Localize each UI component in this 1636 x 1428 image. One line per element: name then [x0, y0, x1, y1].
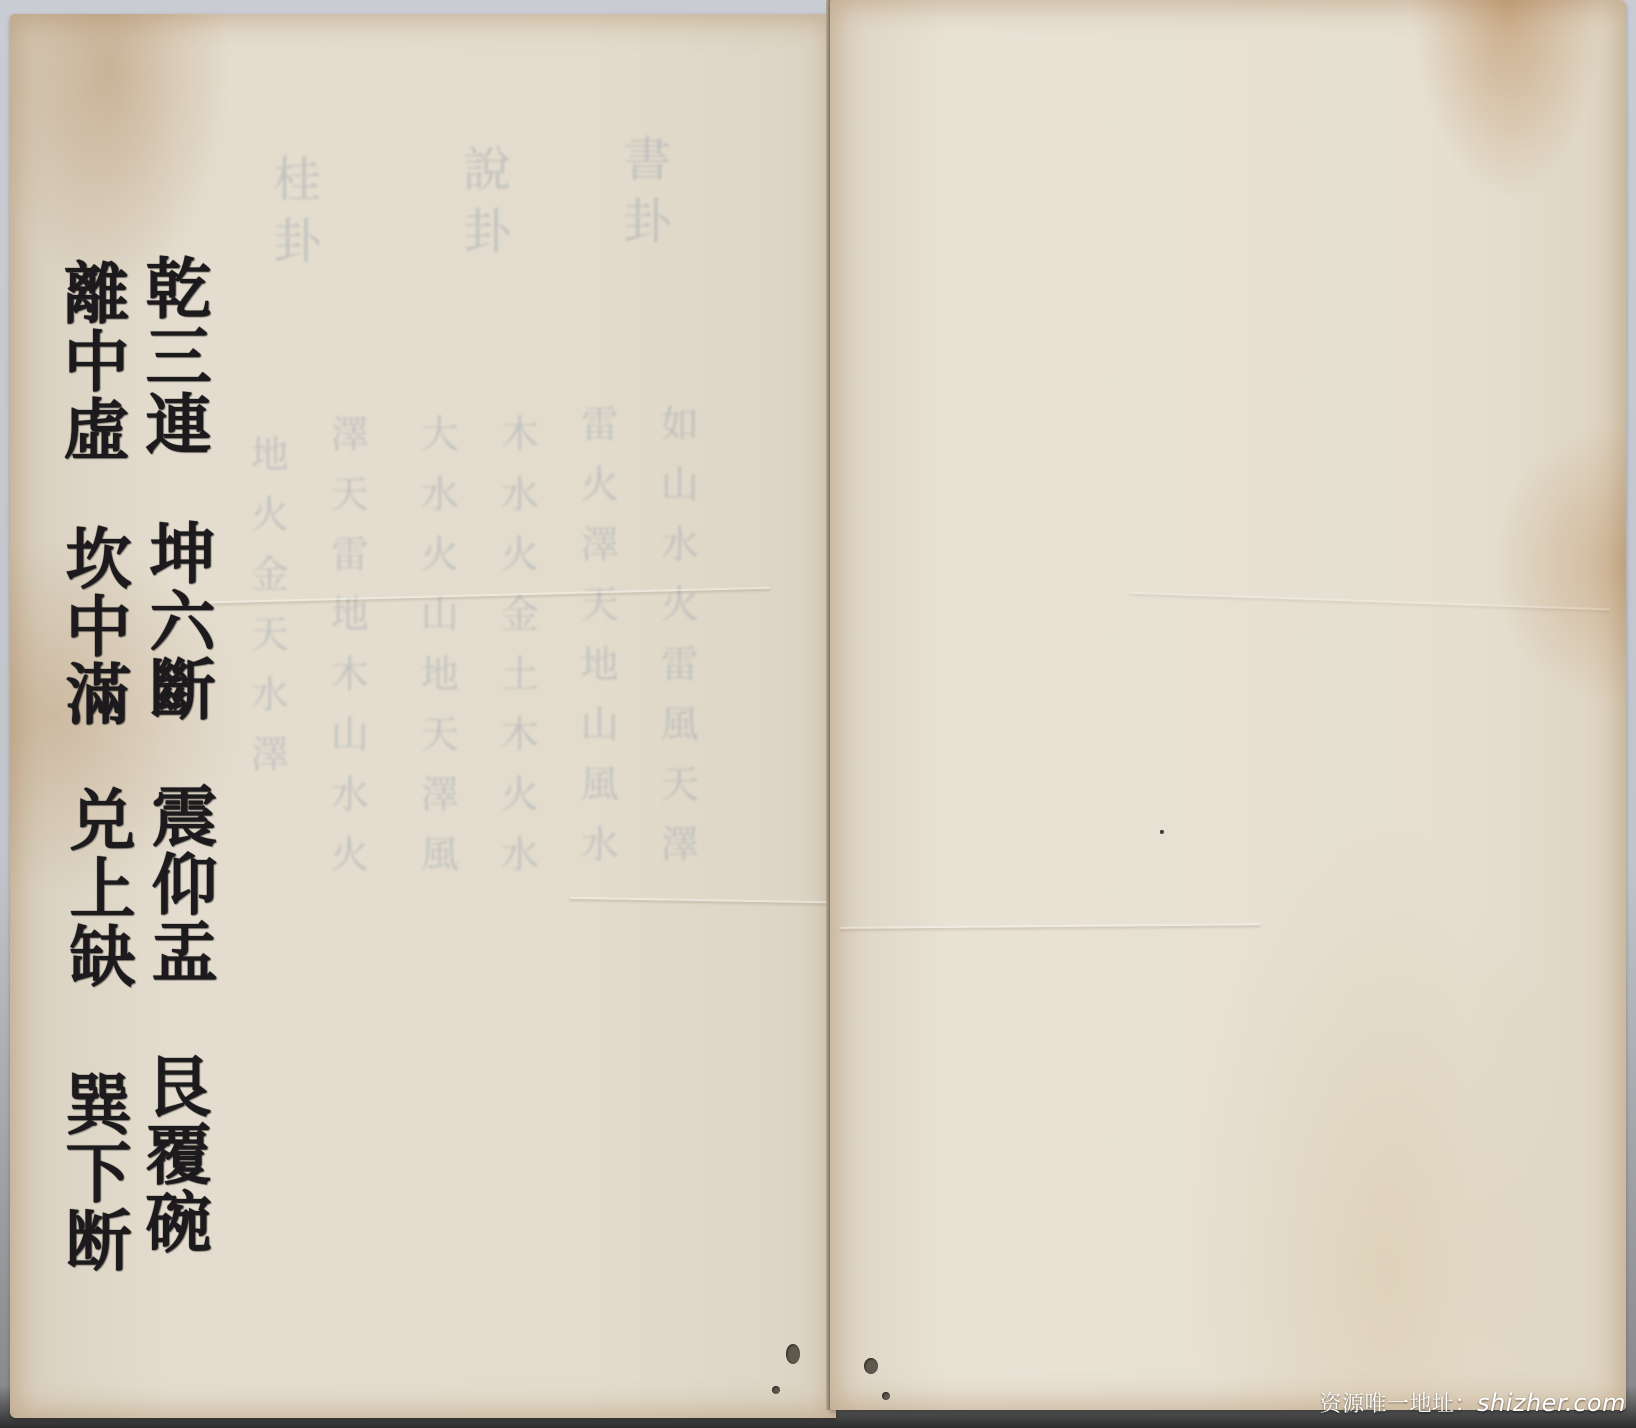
watermark-label: 资源唯一地址： [1319, 1392, 1477, 1417]
paper-crease [1130, 592, 1610, 611]
bleed-through-text: 雷火澤天地山風水 [570, 404, 621, 884]
verse-zhen: 震仰盂 [146, 782, 212, 986]
bleed-through-text: 說卦 [450, 144, 515, 268]
watermark-url: shizher.com [1477, 1389, 1626, 1417]
worm-hole [772, 1386, 780, 1394]
verse-dui: 兑上缺 [64, 786, 130, 990]
bleed-through-text: 地火金天水澤 [240, 434, 291, 794]
bleed-through-text: 書卦 [610, 134, 675, 258]
worm-hole [882, 1392, 890, 1400]
bleed-through-text: 如山水火雷風天澤 [650, 404, 701, 884]
bleed-through-text: 桂卦 [260, 154, 325, 278]
paper-crease [570, 897, 830, 904]
paper-crease [840, 923, 1260, 929]
verse-gen: 艮覆碗 [140, 1052, 206, 1256]
verse-xun: 巽下断 [60, 1070, 126, 1274]
verse-qian: 乾三連 [140, 254, 206, 458]
book-photo: 書卦 說卦 桂卦 如山水火雷風天澤 雷火澤天地山風水 木水火金土木火水 大水火山… [0, 0, 1636, 1428]
bleed-through-text: 澤天雷地木山水火 [320, 414, 371, 894]
watermark: 资源唯一地址：shizher.com [1319, 1387, 1626, 1418]
ink-speck [1160, 830, 1164, 834]
worm-hole [786, 1344, 800, 1364]
bleed-through-text: 木水火金土木火水 [490, 414, 541, 894]
right-page [830, 0, 1626, 1410]
verse-li: 離中虛 [58, 259, 124, 463]
left-page: 書卦 說卦 桂卦 如山水火雷風天澤 雷火澤天地山風水 木水火金土木火水 大水火山… [10, 14, 836, 1418]
worm-hole [864, 1358, 878, 1374]
verse-kun: 坤六斷 [144, 519, 210, 723]
verse-kan: 坎中滿 [60, 524, 126, 728]
bleed-through-text: 大水火山地天澤風 [410, 414, 461, 894]
